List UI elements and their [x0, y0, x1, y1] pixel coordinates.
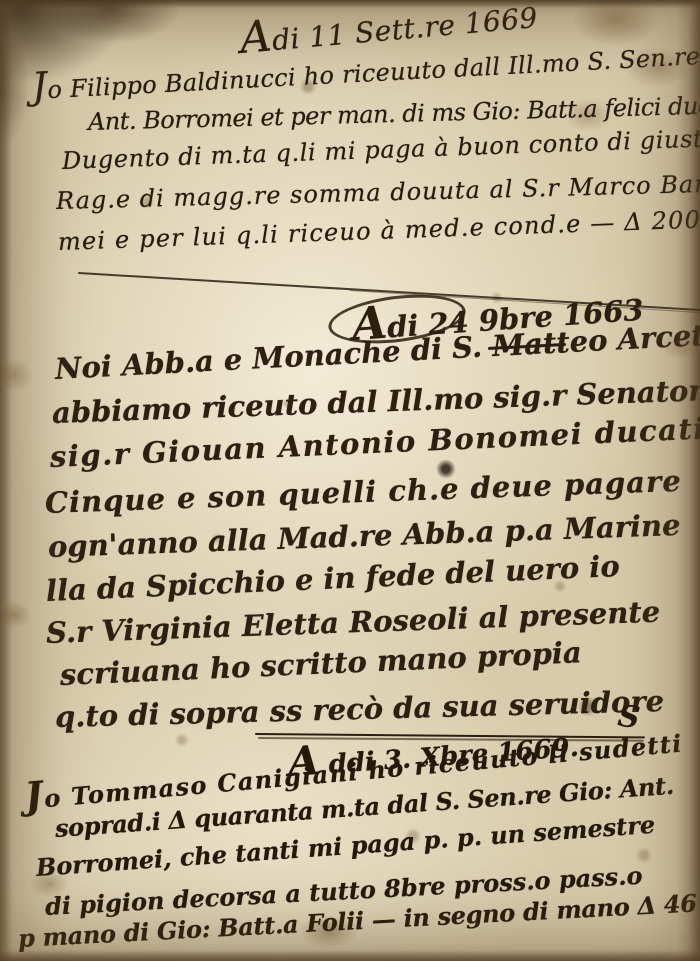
paper-edge-left [0, 0, 12, 961]
manuscript-page: Adi 11 Sett.re 1669 Jo Filippo Baldinucc… [0, 0, 700, 961]
paper-edge-bottom [0, 950, 700, 961]
